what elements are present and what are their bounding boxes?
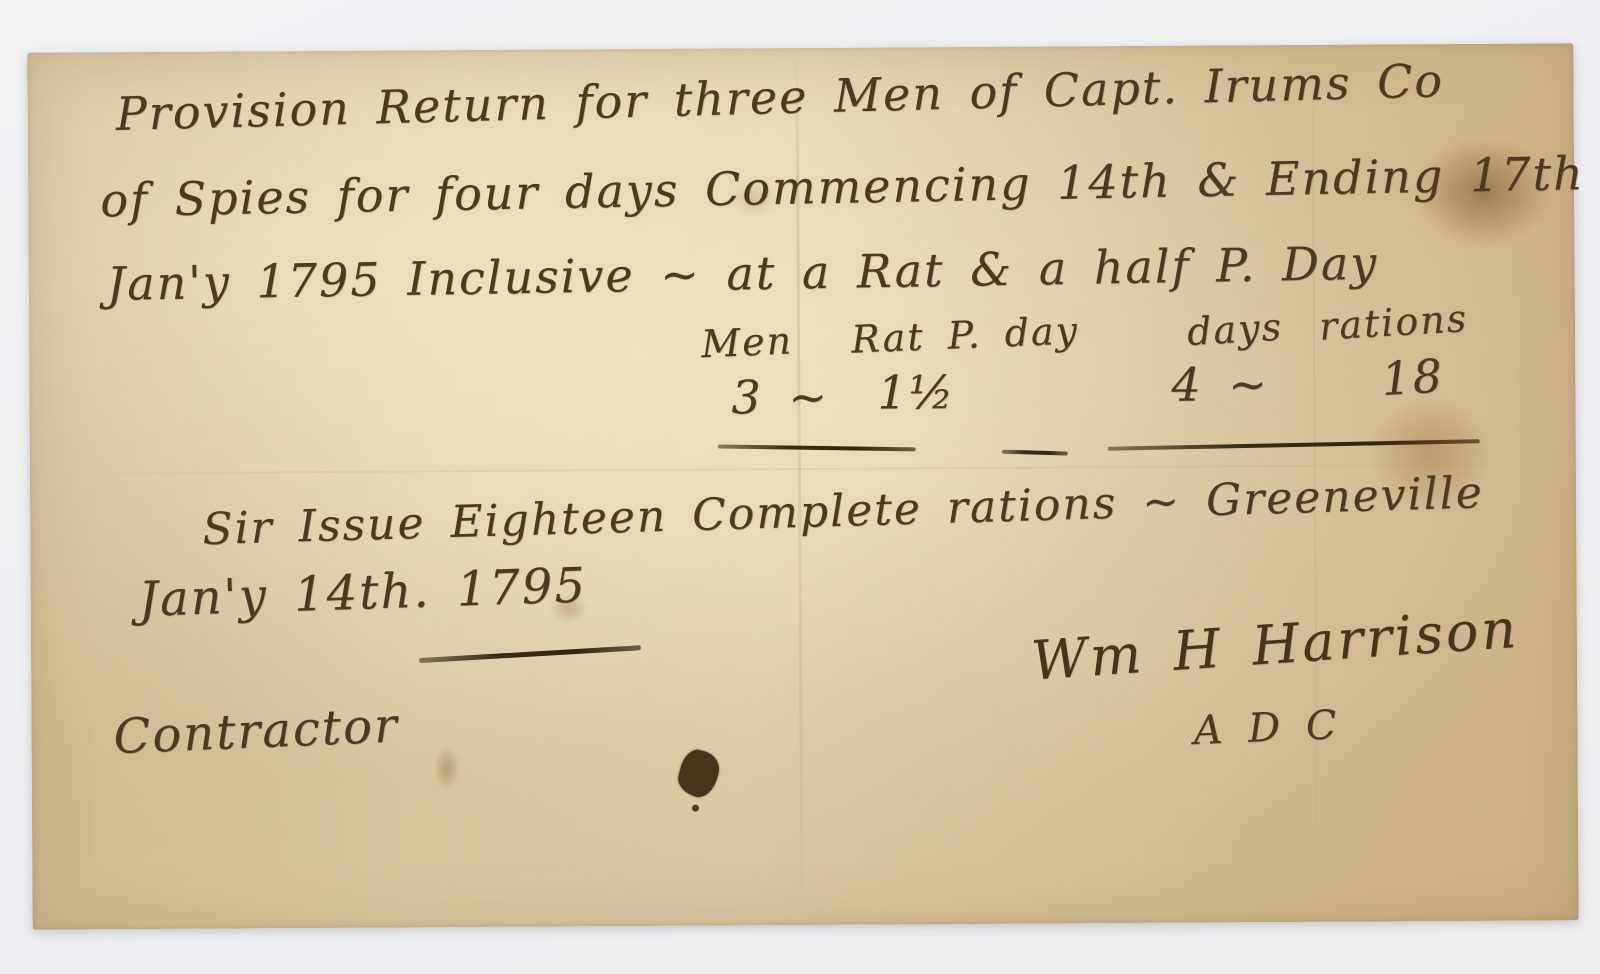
ink-underline <box>1002 450 1068 456</box>
manuscript-paper: Provision Return for three Men of Capt. … <box>27 43 1578 929</box>
ink-smudge <box>430 738 464 798</box>
table-header-days: days <box>1186 305 1284 355</box>
table-value-rations: 18 <box>1380 348 1446 406</box>
table-value-days: 4 ~ <box>1171 357 1269 412</box>
ink-underline <box>1108 439 1480 450</box>
signature-title-adc: A D C <box>1193 702 1340 754</box>
ink-blot-dot <box>692 805 699 812</box>
contractor-label: Contractor <box>112 698 399 766</box>
table-value-men: 3 ~ <box>731 370 829 425</box>
body-line-1: Provision Return for three Men of Capt. … <box>115 53 1444 141</box>
ink-underline <box>718 444 916 451</box>
body-line-3: Jan'y 1795 Inclusive ~ at a Rat & a half… <box>106 236 1378 311</box>
ink-blot <box>675 747 723 801</box>
date-line: Jan'y 14th. 1795 <box>138 557 588 627</box>
table-header-rat-per-day: Rat P. day <box>850 308 1080 361</box>
date-underline <box>419 645 641 663</box>
table-header-men: Men <box>700 318 794 366</box>
issue-order-line: Sir Issue Eighteen Complete rations ~ Gr… <box>202 467 1485 555</box>
scan-background: Provision Return for three Men of Capt. … <box>0 0 1600 974</box>
table-value-rat-per-day: 1½ <box>877 365 955 419</box>
table-header-rations: rations <box>1318 296 1469 349</box>
body-line-2: of Spies for four days Commencing 14th &… <box>100 146 1585 227</box>
signature-name: Wm H Harrison <box>1029 597 1520 693</box>
